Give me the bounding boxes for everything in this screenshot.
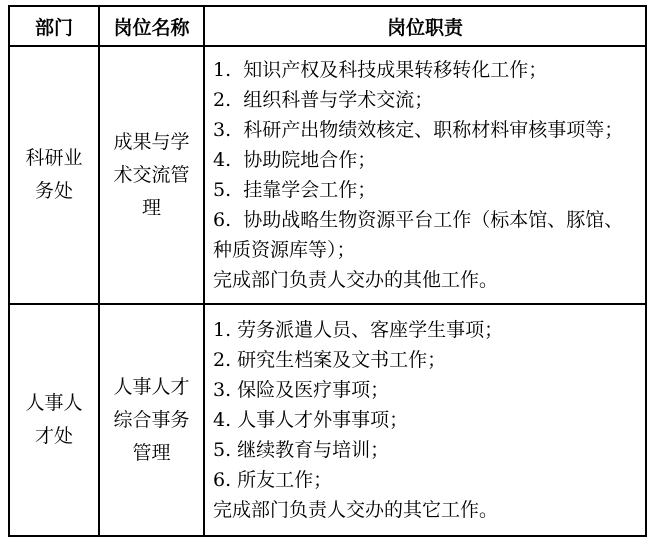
duty-line: 3. 保险及医疗事项； bbox=[213, 375, 639, 405]
job-responsibilities-table: 部门 岗位名称 岗位职责 科研业务处 成果与学术交流管理 1. 知识产权及科技成… bbox=[8, 5, 647, 537]
duty-line: 4. 协助院地合作； bbox=[213, 145, 639, 175]
duty-line: 1. 劳务派遣人员、客座学生事项； bbox=[213, 315, 639, 345]
table-header-row: 部门 岗位名称 岗位职责 bbox=[9, 6, 646, 46]
header-position-duties: 岗位职责 bbox=[204, 6, 646, 46]
table-row: 人事人才处 人事人才综合事务管理 1. 劳务派遣人员、客座学生事项；2. 研究生… bbox=[9, 304, 646, 536]
header-department: 部门 bbox=[9, 6, 99, 46]
duty-line: 5. 继续教育与培训； bbox=[213, 435, 639, 465]
header-position-name: 岗位名称 bbox=[99, 6, 204, 46]
position-name-cell: 成果与学术交流管理 bbox=[99, 46, 204, 304]
duty-line: 完成部门负责人交办的其它工作。 bbox=[213, 495, 639, 525]
duties-cell: 1. 劳务派遣人员、客座学生事项；2. 研究生档案及文书工作；3. 保险及医疗事… bbox=[204, 304, 646, 536]
duty-line: 完成部门负责人交办的其他工作。 bbox=[213, 265, 639, 295]
duty-line: 5. 挂靠学会工作； bbox=[213, 175, 639, 205]
duty-line: 2. 研究生档案及文书工作； bbox=[213, 345, 639, 375]
duty-line: 3. 科研产出物绩效核定、职称材料审核事项等； bbox=[213, 115, 639, 145]
duty-line: 1. 知识产权及科技成果转移转化工作； bbox=[213, 55, 639, 85]
department-cell: 人事人才处 bbox=[9, 304, 99, 536]
document-page: 部门 岗位名称 岗位职责 科研业务处 成果与学术交流管理 1. 知识产权及科技成… bbox=[8, 5, 647, 537]
department-cell: 科研业务处 bbox=[9, 46, 99, 304]
duty-line: 6. 协助战略生物资源平台工作（标本馆、豚馆、 种质资源库等）； bbox=[213, 205, 639, 265]
duty-line: 2. 组织科普与学术交流； bbox=[213, 85, 639, 115]
duties-cell: 1. 知识产权及科技成果转移转化工作；2. 组织科普与学术交流；3. 科研产出物… bbox=[204, 46, 646, 304]
duty-line: 6. 所友工作； bbox=[213, 465, 639, 495]
position-name-cell: 人事人才综合事务管理 bbox=[99, 304, 204, 536]
duty-line: 4. 人事人才外事事项； bbox=[213, 405, 639, 435]
table-row: 科研业务处 成果与学术交流管理 1. 知识产权及科技成果转移转化工作；2. 组织… bbox=[9, 46, 646, 304]
